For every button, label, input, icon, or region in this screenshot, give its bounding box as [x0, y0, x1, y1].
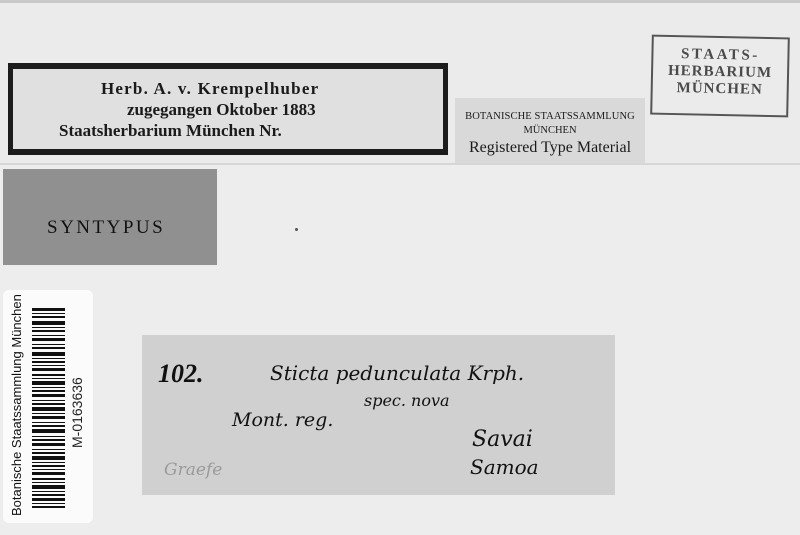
paper-speck	[295, 228, 298, 231]
country-name: Samoa	[470, 455, 539, 479]
stamp-line-3: MÜNCHEN	[653, 80, 787, 100]
regtype-city: MÜNCHEN	[455, 125, 645, 136]
species-status: spec. nova	[364, 391, 450, 410]
type-status-text: SYNTYPUS	[47, 217, 165, 239]
krempelhuber-line-1: Herb. A. v. Krempelhuber	[101, 79, 319, 99]
barcode-institution: Botanische Staatssammlung München	[9, 296, 24, 516]
herbarium-stamp: STAATS- HERBARIUM MÜNCHEN	[650, 35, 790, 118]
sheet-fold-line	[0, 163, 800, 165]
krempelhuber-label: Herb. A. v. Krempelhuber zugegangen Okto…	[8, 63, 448, 155]
species-name: Sticta pedunculata Krph.	[270, 361, 524, 385]
regtype-institution: BOTANISCHE STAATSSAMMLUNG	[455, 111, 645, 122]
registered-type-label: BOTANISCHE STAATSSAMMLUNG MÜNCHEN Regist…	[455, 98, 645, 163]
regtype-title: Registered Type Material	[455, 139, 645, 157]
collection-number: 102.	[158, 359, 204, 389]
habitat-locality: Mont. reg.	[232, 409, 333, 431]
barcode-label: Botanische Staatssammlung München M-0163…	[3, 290, 93, 523]
island-name: Savai	[472, 427, 533, 452]
barcode-accession-number: M-0163636	[69, 377, 85, 448]
stamp-line-2: HERBARIUM	[653, 63, 787, 83]
barcode-icon	[32, 308, 65, 508]
sheet-top-edge	[0, 0, 800, 3]
krempelhuber-line-2: zugegangen Oktober 1883	[127, 100, 316, 120]
type-status-label: SYNTYPUS	[3, 169, 217, 265]
krempelhuber-line-3: Staatsherbarium München Nr.	[59, 121, 282, 141]
pencil-annotation: Graefe	[164, 460, 222, 480]
handwritten-collection-label: 102. Sticta pedunculata Krph. spec. nova…	[142, 335, 615, 495]
